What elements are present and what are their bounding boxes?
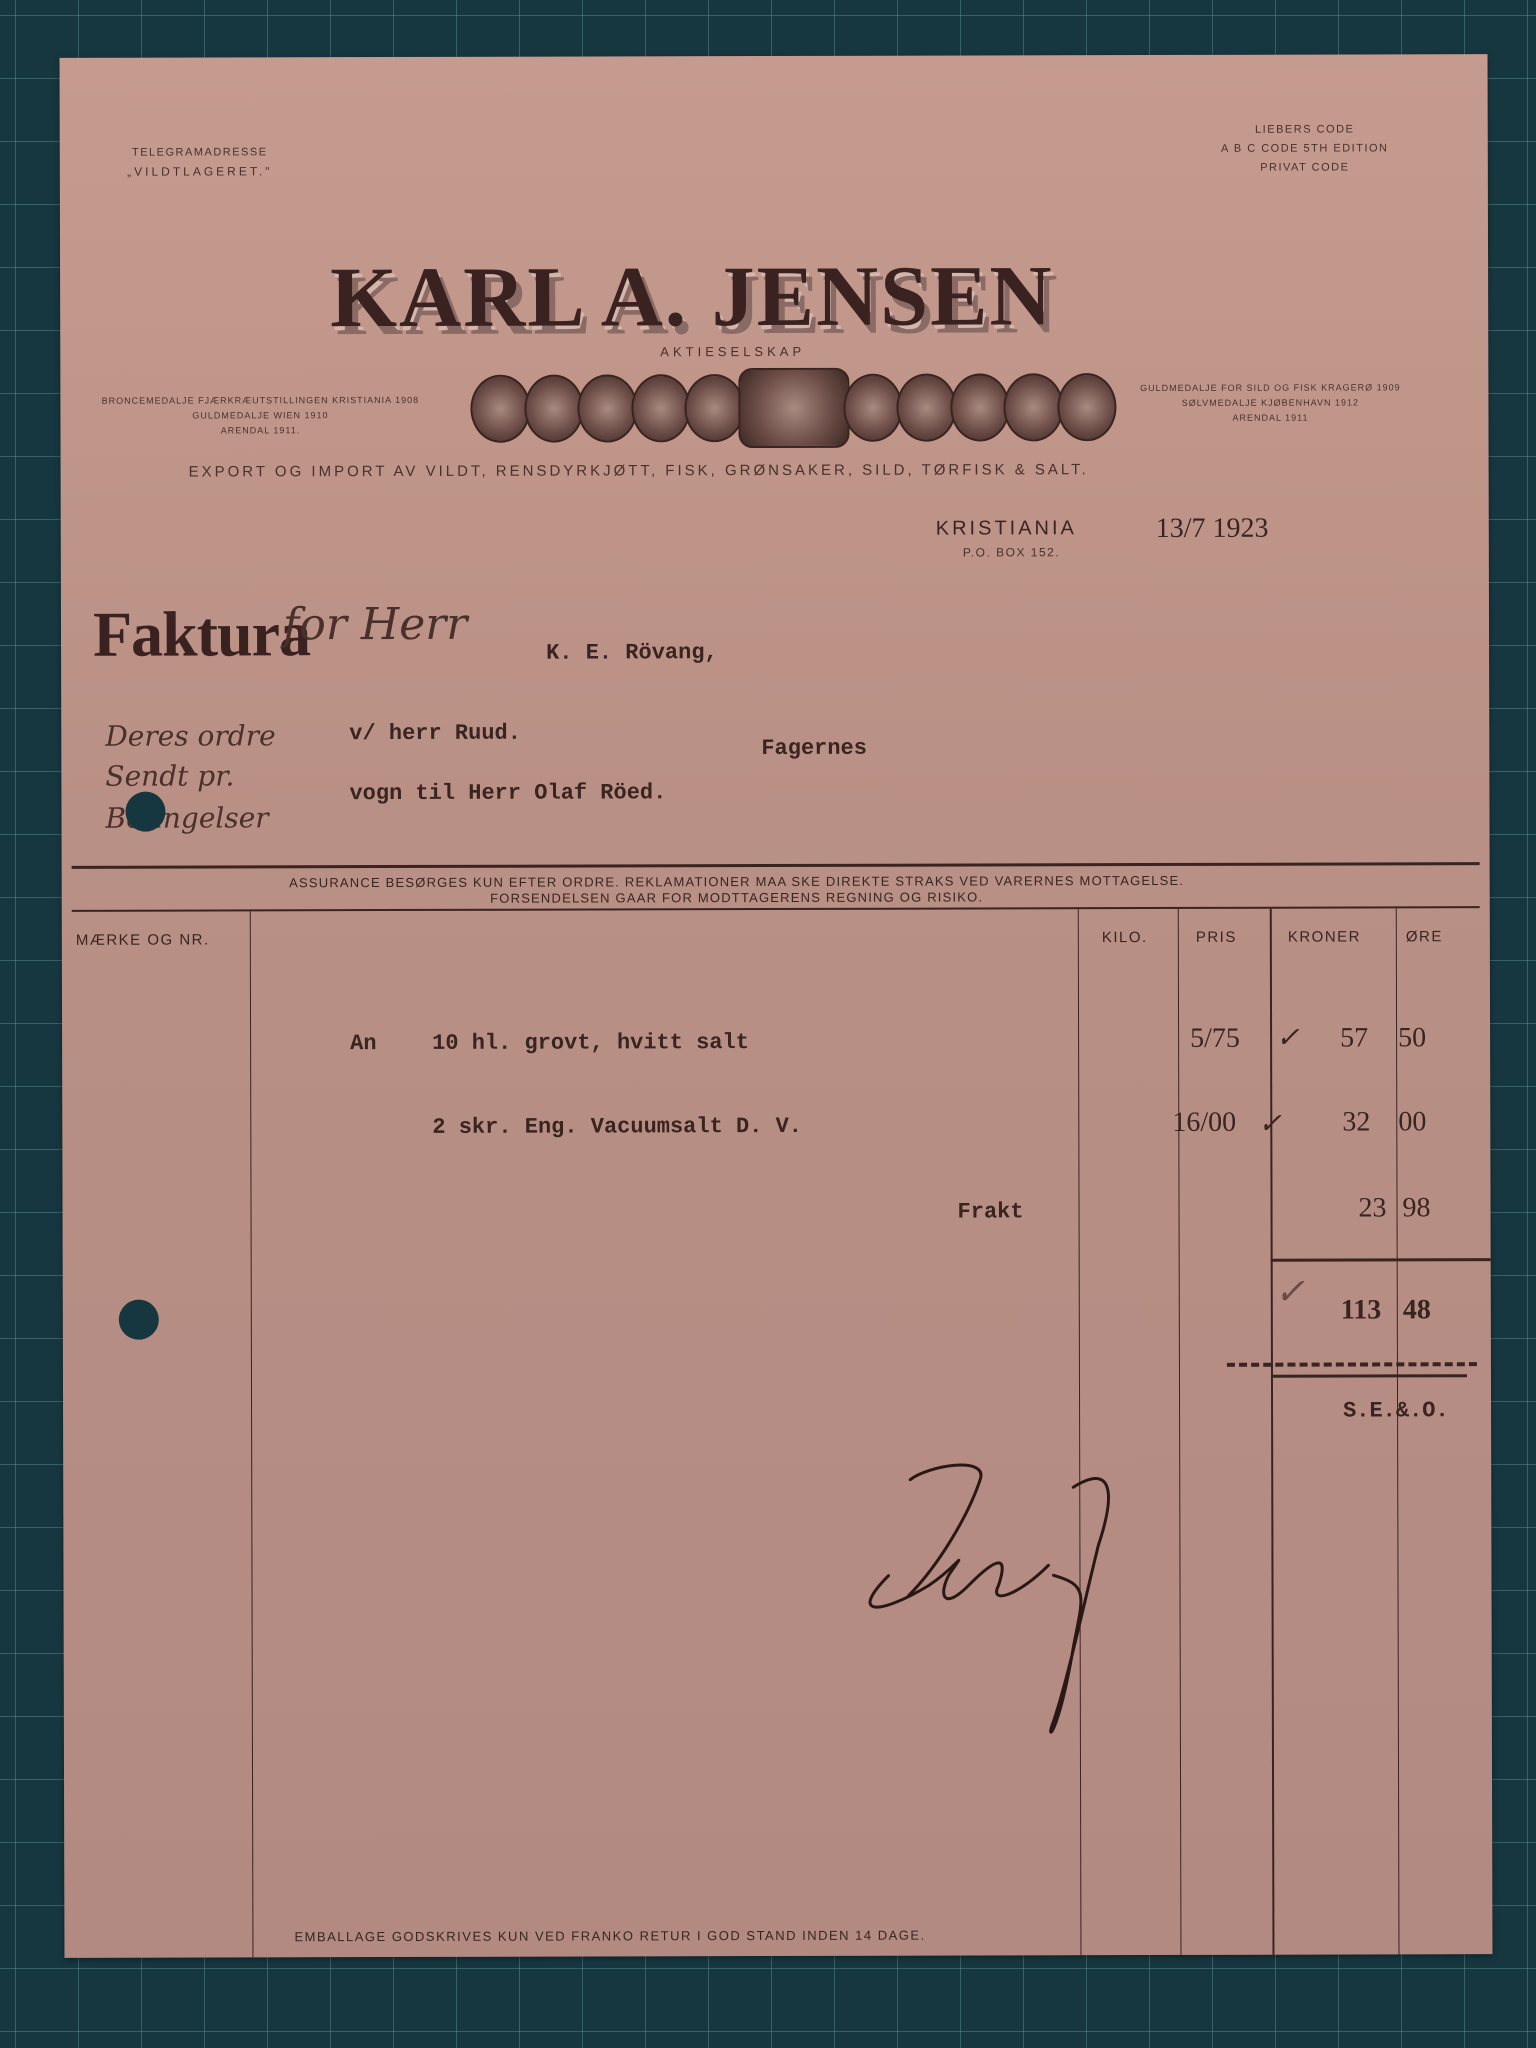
destination: Fagernes [761, 736, 867, 761]
row-kroner: 57 [1340, 1022, 1368, 1054]
row-kroner: 32 [1342, 1106, 1370, 1138]
column-rule [1078, 909, 1082, 1955]
errors-note: S.E.&.O. [1343, 1398, 1449, 1423]
column-rule [1178, 909, 1182, 1955]
award-line: ARENDAL 1911. [100, 423, 420, 439]
column-rule [1396, 908, 1400, 1954]
check-icon: ✓ [1275, 1271, 1305, 1313]
row-price: 16/00 [1172, 1107, 1236, 1139]
medal-icon [1057, 373, 1117, 441]
customer-name: K. E. Rövang, [546, 640, 718, 665]
divider [72, 862, 1480, 869]
award-line: GULDMEDALJE FOR SILD OG FISK KRAGERØ 190… [1110, 380, 1430, 396]
header-kilo: KILO. [1102, 929, 1148, 946]
row-price: 5/75 [1190, 1023, 1240, 1055]
medal-icon [1003, 373, 1063, 441]
row-ore: 50 [1398, 1022, 1426, 1054]
sent-value: vogn til Herr Olaf Röed. [349, 780, 666, 806]
telegram-block: TELEGRAMADRESSE „VILDTLAGERET." [100, 143, 300, 182]
header-price: PRIS [1196, 929, 1237, 946]
order-label: Deres ordre [105, 719, 275, 752]
invoice-title: Faktura [93, 597, 310, 672]
footer-text: EMBALLAGE GODSKRIVES KUN VED FRANKO RETU… [294, 1928, 925, 1945]
medals-row [470, 367, 1110, 449]
medal-icon [577, 374, 637, 442]
total-dashed-rule [1227, 1362, 1477, 1367]
header-kroner: KRONER [1288, 928, 1361, 945]
row-description: Frakt [958, 1199, 1024, 1224]
subtotal-rule [1271, 1258, 1491, 1262]
column-rule [250, 911, 254, 1957]
invoice-document: TELEGRAMADRESSE „VILDTLAGERET." LIEBERS … [60, 54, 1493, 1958]
row-description: 2 skr. Eng. Vacuumsalt D. V. [432, 1114, 802, 1140]
notice-line-1: ASSURANCE BESØRGES KUN EFTER ORDRE. REKL… [122, 872, 1352, 890]
punch-hole [125, 792, 165, 832]
codes-block: LIEBERS CODE A B C CODE 5TH EDITION PRIV… [1190, 120, 1420, 178]
divider [72, 906, 1480, 912]
medal-icon [631, 374, 691, 442]
row-kroner: 23 [1358, 1192, 1386, 1224]
code-line: A B C CODE 5TH EDITION [1190, 139, 1420, 159]
medal-icon [470, 375, 530, 443]
company-type: AKTIESELSKAP [660, 344, 805, 359]
order-value: v/ herr Ruud. [349, 721, 521, 746]
column-rule [1270, 909, 1275, 1955]
medal-icon [843, 374, 903, 442]
award-line: BRONCEMEDALJE FJÆRKRÆUTSTILLINGEN KRISTI… [100, 393, 420, 409]
medal-icon [950, 373, 1010, 441]
code-line: LIEBERS CODE [1190, 120, 1420, 140]
sent-label: Sendt pr. [105, 759, 234, 792]
business-line: EXPORT OG IMPORT AV VILDT, RENSDYRKJØTT,… [189, 461, 1089, 480]
awards-right: GULDMEDALJE FOR SILD OG FISK KRAGERØ 190… [1110, 380, 1430, 426]
award-line: ARENDAL 1911 [1110, 410, 1430, 426]
telegram-label: TELEGRAMADRESSE [100, 143, 300, 163]
notice-line-2: FORSENDELSEN GAAR FOR MODTTAGERENS REGNI… [122, 888, 1352, 906]
po-box: P.O. BOX 152. [963, 545, 1060, 559]
row-ore: 00 [1398, 1106, 1426, 1138]
award-line: GULDMEDALJE WIEN 1910 [100, 408, 420, 424]
medal-icon [896, 374, 956, 442]
total-ore: 48 [1403, 1294, 1431, 1326]
row-description: 10 hl. grovt, hvitt salt [432, 1030, 749, 1056]
signature-icon [848, 1445, 1169, 1766]
company-name: KARL A. JENSEN [330, 245, 1054, 347]
punch-hole [119, 1300, 159, 1340]
total-kroner: 113 [1341, 1294, 1382, 1326]
check-icon: ✓ [1276, 1021, 1300, 1054]
header-mark: MÆRKE OG NR. [76, 931, 210, 948]
medal-icon [684, 374, 744, 442]
check-icon: ✓ [1258, 1107, 1282, 1140]
city: KRISTIANIA [936, 517, 1077, 540]
row-mark: An [350, 1031, 376, 1056]
total-rule [1271, 1374, 1467, 1378]
medal-center-icon [738, 368, 849, 448]
invoice-date: 13/7 1923 [1156, 513, 1269, 545]
telegram-address: „VILDTLAGERET." [100, 162, 300, 182]
header-ore: ØRE [1406, 928, 1443, 945]
awards-left: BRONCEMEDALJE FJÆRKRÆUTSTILLINGEN KRISTI… [100, 393, 420, 439]
row-ore: 98 [1402, 1192, 1430, 1224]
award-line: SØLVMEDALJE KJØBENHAVN 1912 [1110, 395, 1430, 411]
for-label: for Herr [283, 599, 467, 650]
medal-icon [524, 375, 584, 443]
code-line: PRIVAT CODE [1190, 158, 1420, 178]
